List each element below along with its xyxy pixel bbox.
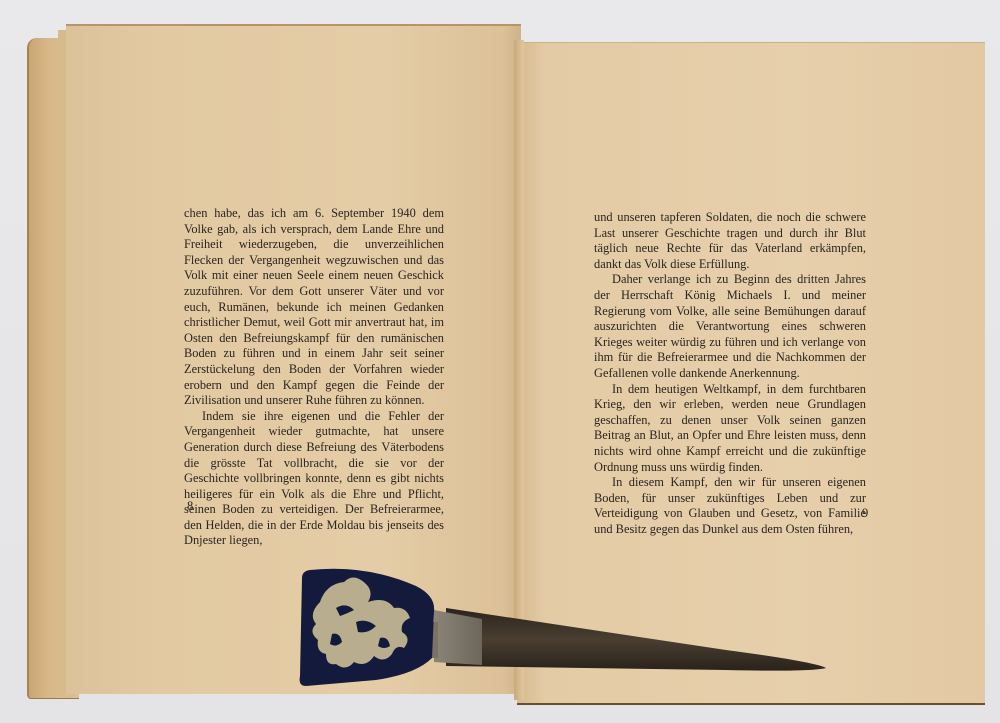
paragraph: In dem heutigen Weltkampf, in dem furcht… [594, 382, 866, 476]
paragraph: In diesem Kampf, den wir für unseren eig… [594, 475, 866, 537]
paragraph: und unseren tapferen Soldaten, die noch … [594, 210, 866, 272]
paragraph: Daher verlange ich zu Beginn des dritten… [594, 272, 866, 381]
paragraph: Indem sie ihre eigenen und die Fehler de… [184, 409, 444, 549]
right-page-text: und unseren tapferen Soldaten, die noch … [594, 210, 866, 537]
page-number-right: 9 [862, 506, 868, 521]
letter-opener [296, 562, 836, 692]
paragraph: chen habe, das ich am 6. September 1940 … [184, 206, 444, 409]
page-number-left: 8 [187, 499, 193, 514]
letter-opener-icon [296, 562, 836, 692]
left-page-text: chen habe, das ich am 6. September 1940 … [184, 206, 444, 549]
